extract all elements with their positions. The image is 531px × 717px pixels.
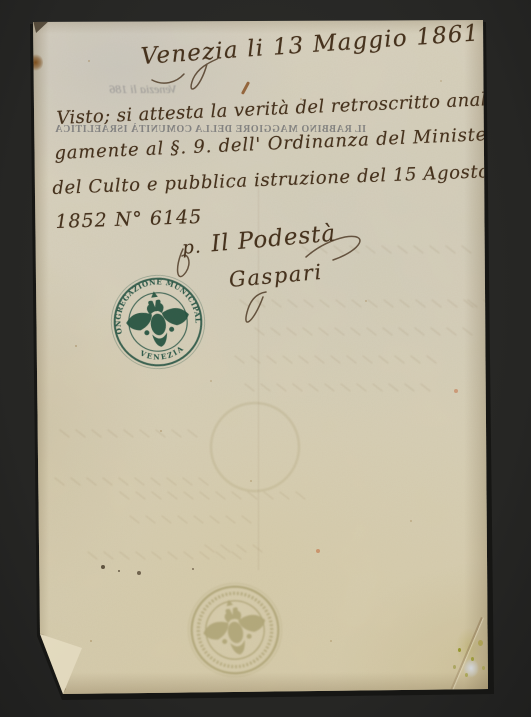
mold-specks bbox=[458, 648, 461, 652]
document-paper: Venezia li 186 IL RABBINO MAGGIORE DELLA… bbox=[0, 0, 531, 717]
signature-prefix: p. bbox=[181, 236, 202, 259]
bleedthrough-date-fragment: Venezia li 186 bbox=[78, 82, 208, 97]
photo-background: Venezia li 186 IL RABBINO MAGGIORE DELLA… bbox=[0, 0, 531, 717]
municipal-stamp: CONGREGAZIONE MUNICIPALE VENEZIA bbox=[102, 266, 215, 379]
bleedthrough-ghost-ring bbox=[211, 403, 299, 491]
paper-freckles bbox=[0, 0, 2, 2]
